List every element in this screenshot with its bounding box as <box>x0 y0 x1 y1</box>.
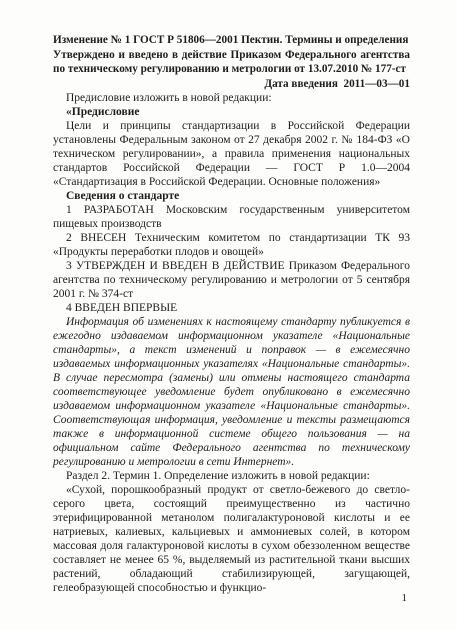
document-page: Изменение № 1 ГОСТ Р 51806—2001 Пектин. … <box>0 0 457 630</box>
definition-paragraph: «Сухой, порошкообразный продукт от светл… <box>53 483 410 595</box>
standard-info-item-3: 3 УТВЕРЖДЕН И ВВЕДЕН В ДЕЙСТВИЕ Приказом… <box>53 259 410 301</box>
approval-statement: Утверждено и введено в действие Приказом… <box>53 48 410 77</box>
foreword-edit-note: Предисловие изложить в новой редакции: <box>53 91 410 105</box>
standard-info-item-4: 4 ВВЕДЕН ВПЕРВЫЕ <box>53 301 410 315</box>
foreword-heading: «Предисловие <box>53 105 410 119</box>
document-header: Изменение № 1 ГОСТ Р 51806—2001 Пектин. … <box>53 33 410 91</box>
standard-info-heading: Сведения о стандарте <box>53 189 410 203</box>
amendments-info-paragraph: Информация об изменениях к настоящему ст… <box>53 315 410 469</box>
standard-info-item-2: 2 ВНЕСЕН Техническим комитетом по станда… <box>53 231 410 259</box>
standard-info-item-1: 1 РАЗРАБОТАН Московским государственным … <box>53 203 410 231</box>
introduction-date: Дата введения 2011—03—01 <box>53 77 410 92</box>
section2-edit-note: Раздел 2. Термин 1. Определение изложить… <box>53 469 410 483</box>
goals-paragraph: Цели и принципы стандартизации в Российс… <box>53 119 410 189</box>
page-number: 1 <box>402 592 408 604</box>
amendment-title: Изменение № 1 ГОСТ Р 51806—2001 Пектин. … <box>53 33 410 48</box>
document-body: Предисловие изложить в новой редакции: «… <box>53 91 410 595</box>
